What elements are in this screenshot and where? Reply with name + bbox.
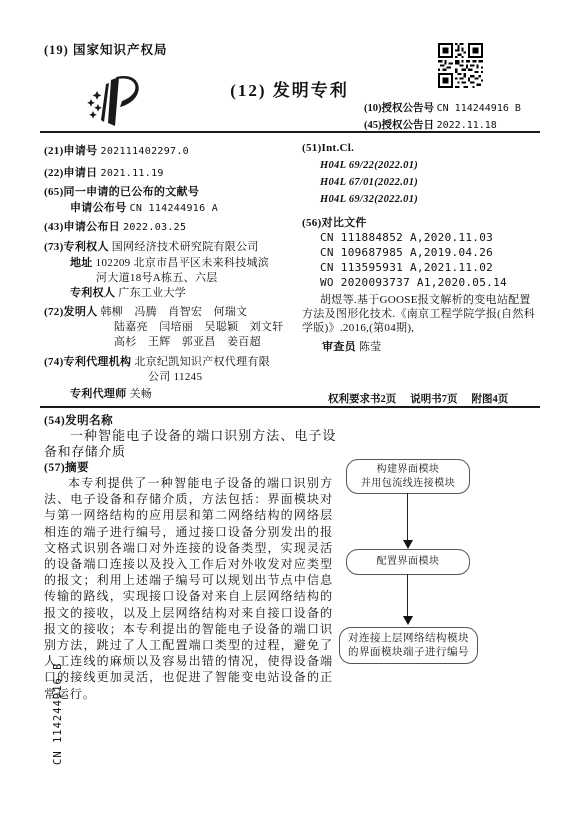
application-date-line: (22)申请日 2021.11.19 <box>44 164 164 180</box>
patent-front-page: (19) 国家知识产权局 (12) 发明专利 <box>0 0 579 820</box>
agent-line: 专利代理师 关畅 <box>70 385 152 401</box>
reference-article-line-3: 学版)》.2016,(第04期), <box>302 319 414 335</box>
invention-title: 一种智能电子设备的端口识别方法、电子设备和存储介质 <box>44 428 336 460</box>
issuing-office: (19) 国家知识产权局 <box>44 40 167 58</box>
flowchart-step-1-line-2: 并用包流线连接模块 <box>347 477 469 491</box>
grant-number-value: CN 114244916 B <box>437 103 521 114</box>
reference-3: CN 113595931 A,2021.11.02 <box>320 261 493 274</box>
address-label: 地址 <box>70 257 93 269</box>
grant-date-value: 2022.11.18 <box>437 120 497 131</box>
patentee-line: (73)专利权人 国网经济技术研究院有限公司 <box>44 238 259 254</box>
inventors-value-1: 韩柳 冯腾 肖智宏 何瑞文 <box>101 306 248 318</box>
qr-code-icon <box>438 43 483 88</box>
agent-label: 专利代理师 <box>70 388 127 400</box>
application-publication-date-label: (43)申请公布日 <box>44 221 120 233</box>
int-cl-code-1: H04L 69/22(2022.01) <box>320 160 418 171</box>
prior-publication-number-line: 申请公布号 CN 114244916 A <box>70 199 218 215</box>
prior-publication-number-label: 申请公布号 <box>70 202 127 214</box>
reference-4: WO 2020093737 A1,2020.05.14 <box>320 276 507 289</box>
flowchart-step-3: 对连接上层网络结构模块 的界面模块端子进行编号 <box>339 627 478 664</box>
examiner-line: 审查员 陈莹 <box>322 338 382 354</box>
inventors-label: (72)发明人 <box>44 306 97 318</box>
agency-line-1: (74)专利代理机构 北京纪凯知识产权代理有限 <box>44 353 270 369</box>
patentee-2-line: 专利权人 广东工业大学 <box>70 284 186 300</box>
patentee-label: (73)专利权人 <box>44 241 109 253</box>
references-label: (56)对比文件 <box>302 214 367 230</box>
int-cl-label: (51)Int.Cl. <box>302 142 354 154</box>
grant-number-line: (10)授权公告号 CN 114244916 B <box>364 100 521 115</box>
reference-1: CN 111884852 A,2020.11.03 <box>320 231 493 244</box>
header-divider <box>40 131 540 133</box>
grant-date-label: (45)授权公告日 <box>364 120 434 131</box>
address-line-2: 河大道18号A栋五、六层 <box>96 269 218 285</box>
flowchart-step-2: 配置界面模块 <box>346 549 470 575</box>
figures-pages: 附图4页 <box>472 394 509 405</box>
title-section-label: (54)发明名称 <box>44 412 113 428</box>
agency-line-2: 公司 11245 <box>148 368 202 384</box>
flowchart-step-3-line-2: 的界面模块端子进行编号 <box>340 646 477 660</box>
abstract-text: 本专利提供了一种智能电子设备的端口识别方法、电子设备和存储介质，方法包括：界面模… <box>44 475 333 702</box>
flowchart-connector-2 <box>407 574 408 616</box>
inventors-line-1: (72)发明人 韩柳 冯腾 肖智宏 何瑞文 <box>44 303 247 319</box>
flowchart-arrowhead-1 <box>403 540 413 549</box>
application-date-label: (22)申请日 <box>44 167 97 179</box>
abstract-section-label: (57)摘要 <box>44 459 89 475</box>
agent-name-value: 关畅 <box>130 388 153 400</box>
agency-value-1: 北京纪凯知识产权代理有限 <box>134 356 270 368</box>
int-cl-code-3: H04L 69/32(2022.01) <box>320 194 418 205</box>
cnipa-logo <box>84 74 146 130</box>
flowchart-step-1: 构建界面模块 并用包流线连接模块 <box>346 459 470 494</box>
flowchart-arrowhead-2 <box>403 616 413 625</box>
int-cl-code-2: H04L 67/01(2022.01) <box>320 177 418 188</box>
body-divider <box>40 406 540 408</box>
examiner-name-value: 陈莹 <box>359 341 382 353</box>
reference-2: CN 109687985 A,2019.04.26 <box>320 246 493 259</box>
address-value-1: 102209 北京市昌平区未来科技城滨 <box>96 257 269 269</box>
application-number-label: (21)申请号 <box>44 145 97 157</box>
flowchart-step-1-line-1: 构建界面模块 <box>347 463 469 477</box>
description-pages: 说明书7页 <box>410 394 457 405</box>
examiner-label: 审查员 <box>322 341 356 353</box>
application-date-value: 2021.11.19 <box>101 168 164 179</box>
application-publication-date-value: 2022.03.25 <box>123 222 186 233</box>
patentee-1-value: 国网经济技术研究院有限公司 <box>112 241 259 253</box>
prior-publication-number-value: CN 114244916 A <box>130 203 219 214</box>
vertical-document-code: CN 114244916 B <box>52 662 64 765</box>
grant-number-label: (10)授权公告号 <box>364 103 434 114</box>
flowchart-step-2-line: 配置界面模块 <box>347 555 469 569</box>
flowchart-step-3-line-1: 对连接上层网络结构模块 <box>340 632 477 646</box>
grant-date-line: (45)授权公告日 2022.11.18 <box>364 117 497 132</box>
inventors-line-3: 高杉 王辉 郭亚昌 姜百超 <box>114 333 261 349</box>
agency-label: (74)专利代理机构 <box>44 356 131 368</box>
patentee-2-label: 专利权人 <box>70 287 115 299</box>
inventors-line-2: 陆嘉亮 闫培丽 吴聪颖 刘文轩 <box>114 318 284 334</box>
document-type-title: (12) 发明专利 <box>230 76 349 101</box>
application-number-value: 202111402297.0 <box>101 146 190 157</box>
claims-pages: 权利要求书2页 <box>328 394 396 405</box>
flowchart-connector-1 <box>407 493 408 540</box>
patentee-2-value: 广东工业大学 <box>118 287 186 299</box>
address-line-1: 地址 102209 北京市昌平区未来科技城滨 <box>70 254 269 270</box>
page-counts-line: 权利要求书2页说明书7页附图4页 <box>328 391 508 406</box>
application-publication-date-line: (43)申请公布日 2022.03.25 <box>44 218 186 234</box>
prior-publication-label: (65)同一申请的已公布的文献号 <box>44 183 199 199</box>
application-number-line: (21)申请号 202111402297.0 <box>44 142 189 158</box>
